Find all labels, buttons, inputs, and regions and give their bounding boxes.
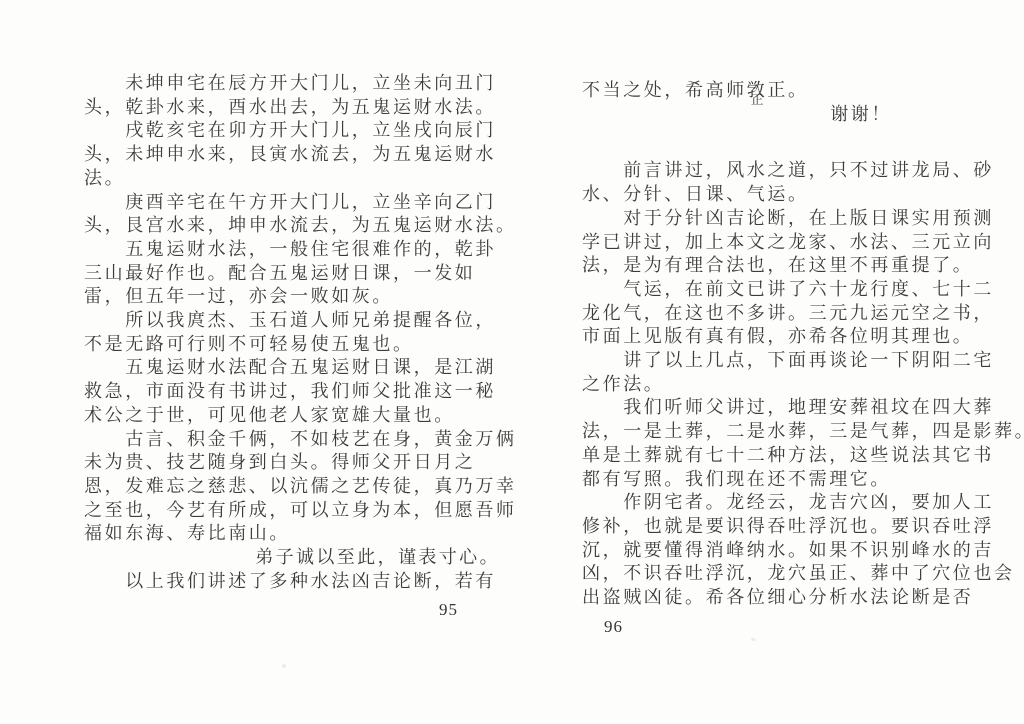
text-line: 头，艮宫水来，坤申水流去，为五鬼运财水法。 [84,214,500,238]
text-line: 术公之于世，可见他老人家宽雄大量也。 [84,404,500,428]
text-line: 不是无路可行则不可轻易使五鬼也。 [84,333,500,357]
scan-speckle [751,637,757,641]
text-line: 三山最好作也。配合五鬼运财日课，一发如 [84,262,500,286]
text-line: 头，未坤申水来，艮寅水流去，为五鬼运财水 [84,143,500,167]
page-95-text: 未坤申宅在辰方开大门儿，立坐未向丑门头，乾卦水来，酉水出去，为五鬼运财水法。 戌… [84,72,500,593]
text-line: 我们听师父讲过，地理安葬祖坟在四大葬 [582,396,984,420]
page-95: 未坤申宅在辰方开大门儿，立坐未向丑门头，乾卦水来，酉水出去，为五鬼运财水法。 戌… [84,72,500,620]
text-line: 救急，市面没有书讲过，我们师父批准这一秘 [84,380,500,404]
text-line: 福如东海、寿比南山。 [84,522,500,546]
text-line: 庚酉辛宅在午方开大门儿，立坐辛向乙门 [84,191,500,215]
text-line: 之作法。 [582,373,984,397]
text-line: 弟子诚以至此，谨表寸心。 [84,546,500,570]
text-line: 法。 [84,167,500,191]
opening-line: 不当之处，希高师敩正正。 [582,79,984,103]
overprint-correction: 敩正 [747,79,768,103]
text-line: 单是土葬就有七十二种方法，这些说法其它书 [582,444,984,468]
thanks-line: 谢谢！ [582,103,984,127]
scan-speckle [282,664,286,668]
text-line: 都有写照。我们现在还不需理它。 [582,468,984,492]
text-line: 古言、积金千俩，不如枝艺在身，黄金万俩 [84,428,500,452]
text-line: 市面上见版有真有假，亦希各位明其理也。 [582,325,984,349]
opening-line-suffix: 正。 [767,80,808,100]
text-line: 戌乾亥宅在卯方开大门儿，立坐戌向辰门 [84,119,500,143]
correction-char: 正 [751,94,764,106]
text-line: 学已讲过，加上本文之龙家、水法、三元立向 [582,231,984,255]
text-line: 以上我们讲述了多种水法凶吉论断，若有 [84,570,500,594]
text-line: 法，是为有理合法也，在这里不再重提了。 [582,254,984,278]
text-line: 法，一是土葬，二是水葬，三是气葬，四是影葬。 [582,420,984,444]
text-line: 作阴宅者。龙经云，龙吉穴凶，要加人工 [582,491,984,515]
text-line: 恩，发难忘之慈悲、以沆儒之艺传徒，真乃万幸 [84,475,500,499]
text-line: 头，乾卦水来，酉水出去，为五鬼运财水法。 [84,96,500,120]
text-line: 水、分针、日课、气运。 [582,183,984,207]
text-line: 气运，在前文已讲了六十龙行度、七十二 [582,278,984,302]
text-line: 修补，也就是要识得吞吐浮沉也。要识吞吐浮 [582,515,984,539]
text-line: 五鬼运财水法，一般住宅很难作的，乾卦 [84,238,500,262]
page-number-95: 95 [84,600,500,620]
text-line: 讲了以上几点，下面再谈论一下阴阳二宅 [582,349,984,373]
opening-line-prefix: 不当之处，希高师 [582,80,747,100]
text-line: 所以我庹杰、玉石道人师兄弟提醒各位， [84,309,500,333]
text-line: 对于分针凶吉论断，在上版日课实用预测 [582,207,984,231]
text-line: 五鬼运财水法配合五鬼运财日课，是江湖 [84,356,500,380]
text-line: 龙化气，在这也不多讲。三元九运元空之书， [582,302,984,326]
text-line: 未坤申宅在辰方开大门儿，立坐未向丑门 [84,72,500,96]
text-line: 凶，不识吞吐浮沉，龙穴虽正、葬中了穴位也会 [582,562,984,586]
page-number-96: 96 [582,617,984,637]
book-page-spread: 未坤申宅在辰方开大门儿，立坐未向丑门头，乾卦水来，酉水出去，为五鬼运财水法。 戌… [0,0,1024,724]
text-line: 未为贵、技艺随身到白头。得师父开日月之 [84,451,500,475]
page-96-text: 前言讲过，风水之道，只不过讲龙局、砂水、分针、日课、气运。 对于分针凶吉论断，在… [582,159,984,609]
text-line: 沉，就要懂得消峰纳水。如果不识别峰水的吉 [582,539,984,563]
text-line: 之至也，今艺有所成，可以立身为本，但愿吾师 [84,499,500,523]
text-line: 出盗贼凶徒。希各位细心分析水法论断是否 [582,586,984,610]
text-line: 前言讲过，风水之道，只不过讲龙局、砂 [582,159,984,183]
text-line: 雷，但五年一过，亦会一败如灰。 [84,285,500,309]
page-96: 不当之处，希高师敩正正。 谢谢！ 前言讲过，风水之道，只不过讲龙局、砂水、分针、… [582,79,984,637]
